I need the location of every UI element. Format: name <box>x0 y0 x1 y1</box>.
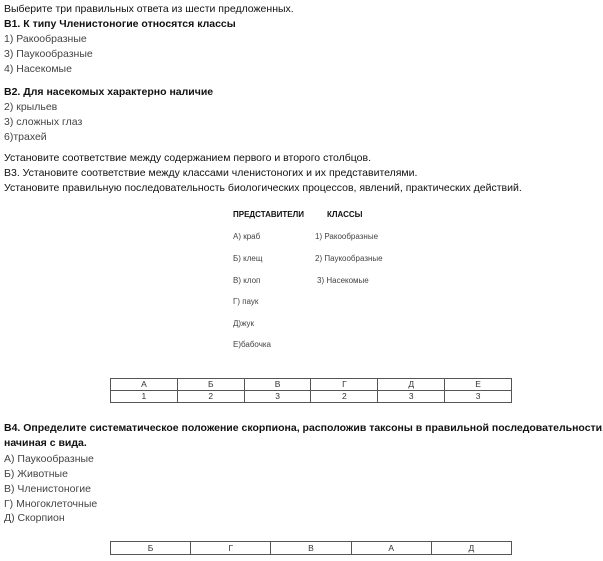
class-item: 3) Насекомые <box>317 276 369 285</box>
table-cell: Г <box>311 379 378 391</box>
b1-option: 4) Насекомые <box>4 63 72 76</box>
b2-option: 6)трахей <box>4 131 47 144</box>
b4-option: Б) Животные <box>4 468 68 481</box>
b4-answer-table: Б Г В А Д <box>110 541 512 555</box>
instruction-choose-three: Выберите три правильных ответа из шести … <box>4 3 294 16</box>
classes-header: КЛАССЫ <box>327 210 362 219</box>
b2-option: 3) сложных глаз <box>4 116 82 129</box>
b4-option: В) Членистоногие <box>4 483 91 496</box>
representative-item: Г) паук <box>233 297 258 306</box>
table-cell: 2 <box>177 391 244 403</box>
table-cell: Д <box>378 379 445 391</box>
representative-item: В) клоп <box>233 276 260 285</box>
table-row: Б Г В А Д <box>111 542 512 555</box>
representative-item: Д)жук <box>233 319 254 328</box>
b3-answer-table: А Б В Г Д Е 1 2 3 2 3 3 <box>110 378 512 403</box>
table-cell: А <box>351 542 431 555</box>
table-cell: Г <box>191 542 271 555</box>
class-item: 1) Ракообразные <box>315 232 378 241</box>
table-cell: 3 <box>445 391 512 403</box>
question-b1-title: В1. К типу Членистоногие относятся класс… <box>4 18 236 31</box>
question-b4-title-cont: начиная с вида. <box>4 437 87 450</box>
b1-option: 1) Ракообразные <box>4 33 87 46</box>
question-b2-title: В2. Для насекомых характерно наличие <box>4 86 213 99</box>
table-cell: 3 <box>244 391 311 403</box>
table-cell: Е <box>445 379 512 391</box>
b3-matching-columns: ПРЕДСТАВИТЕЛИ КЛАССЫ А) краб Б) клещ В) … <box>233 210 433 360</box>
table-row: 1 2 3 2 3 3 <box>111 391 512 403</box>
table-cell: А <box>111 379 178 391</box>
table-cell: 3 <box>378 391 445 403</box>
table-cell: Б <box>111 542 191 555</box>
b4-option: Д) Скорпион <box>4 512 65 525</box>
instruction-match-columns: Установите соответствие между содержание… <box>4 152 371 165</box>
b2-option: 2) крыльев <box>4 101 57 114</box>
table-row: А Б В Г Д Е <box>111 379 512 391</box>
representative-item: Б) клещ <box>233 254 262 263</box>
class-item: 2) Паукообразные <box>315 254 383 263</box>
b4-option: Г) Многоклеточные <box>4 498 97 511</box>
table-cell: 2 <box>311 391 378 403</box>
table-cell: Д <box>431 542 511 555</box>
b4-option: А) Паукообразные <box>4 453 94 466</box>
representatives-header: ПРЕДСТАВИТЕЛИ <box>233 210 304 219</box>
representative-item: А) краб <box>233 232 260 241</box>
b1-option: 3) Паукообразные <box>4 48 93 61</box>
instruction-sequence: Установите правильную последовательность… <box>4 182 522 195</box>
table-cell: 1 <box>111 391 178 403</box>
representative-item: Е)бабочка <box>233 340 271 349</box>
question-b3-title: В3. Установите соответствие между класса… <box>4 167 417 180</box>
question-b4-title: В4. Определите систематическое положение… <box>4 422 603 435</box>
table-cell: Б <box>177 379 244 391</box>
table-cell: В <box>244 379 311 391</box>
table-cell: В <box>271 542 351 555</box>
